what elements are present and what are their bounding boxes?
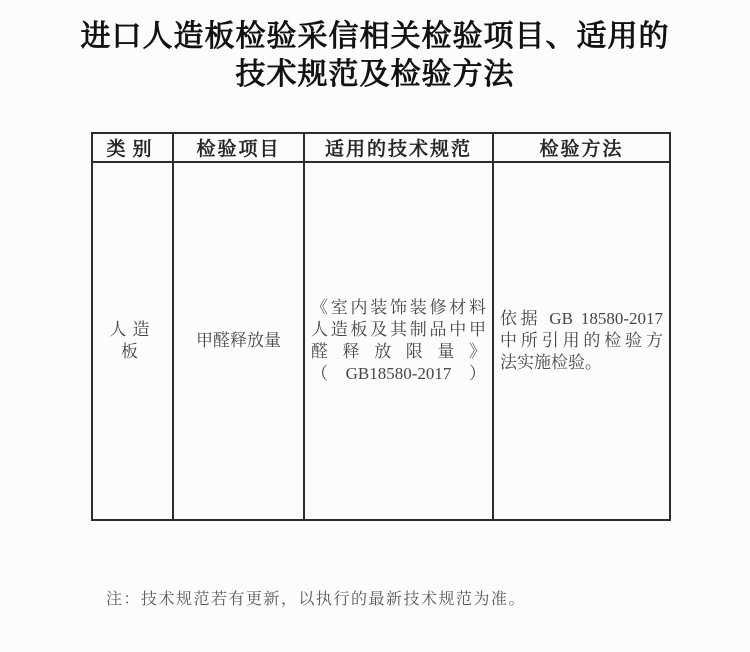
spec-line-1: 《室内装饰装修材料 <box>311 297 486 319</box>
cell-method: 依据 GB 18580-2017 中所引用的检验方 法实施检验。 <box>493 162 670 520</box>
method-line-2: 中所引用的检验方 <box>500 330 663 352</box>
table-header-row: 类别 检验项目 适用的技术规范 检验方法 <box>92 133 670 162</box>
header-cell-method: 检验方法 <box>493 133 670 162</box>
title-line-2: 技术规范及检验方法 <box>0 56 750 94</box>
header-cell-spec: 适用的技术规范 <box>304 133 493 162</box>
cell-spec: 《室内装饰装修材料 人造板及其制品中甲 醛释放限量》 （GB18580-2017… <box>304 162 493 520</box>
footnote: 注：技术规范若有更新，以执行的最新技术规范为准。 <box>106 589 526 611</box>
document-page: 进口人造板检验采信相关检验项目、适用的 技术规范及检验方法 类别 检验项目 适用… <box>0 0 750 652</box>
spec-line-4: （GB18580-2017） <box>311 363 486 385</box>
method-line-3: 法实施检验。 <box>500 352 663 374</box>
category-value: 人造板 <box>110 320 156 361</box>
document-title: 进口人造板检验采信相关检验项目、适用的 技术规范及检验方法 <box>0 18 750 94</box>
header-cell-category: 类别 <box>92 133 173 162</box>
spec-line-2: 人造板及其制品中甲 <box>311 319 486 341</box>
method-line-1: 依据 GB 18580-2017 <box>500 308 663 330</box>
cell-item: 甲醛释放量 <box>173 162 304 520</box>
table-row: 人造板 甲醛释放量 《室内装饰装修材料 人造板及其制品中甲 醛释放限量》 （GB… <box>92 162 670 520</box>
inspection-table: 类别 检验项目 适用的技术规范 检验方法 人造板 甲醛释放量 《室内装饰装修材料… <box>91 132 671 521</box>
title-line-1: 进口人造板检验采信相关检验项目、适用的 <box>0 18 750 56</box>
header-cell-item: 检验项目 <box>173 133 304 162</box>
spec-line-3: 醛释放限量》 <box>311 341 486 363</box>
cell-category: 人造板 <box>92 162 173 520</box>
item-value: 甲醛释放量 <box>196 331 281 350</box>
